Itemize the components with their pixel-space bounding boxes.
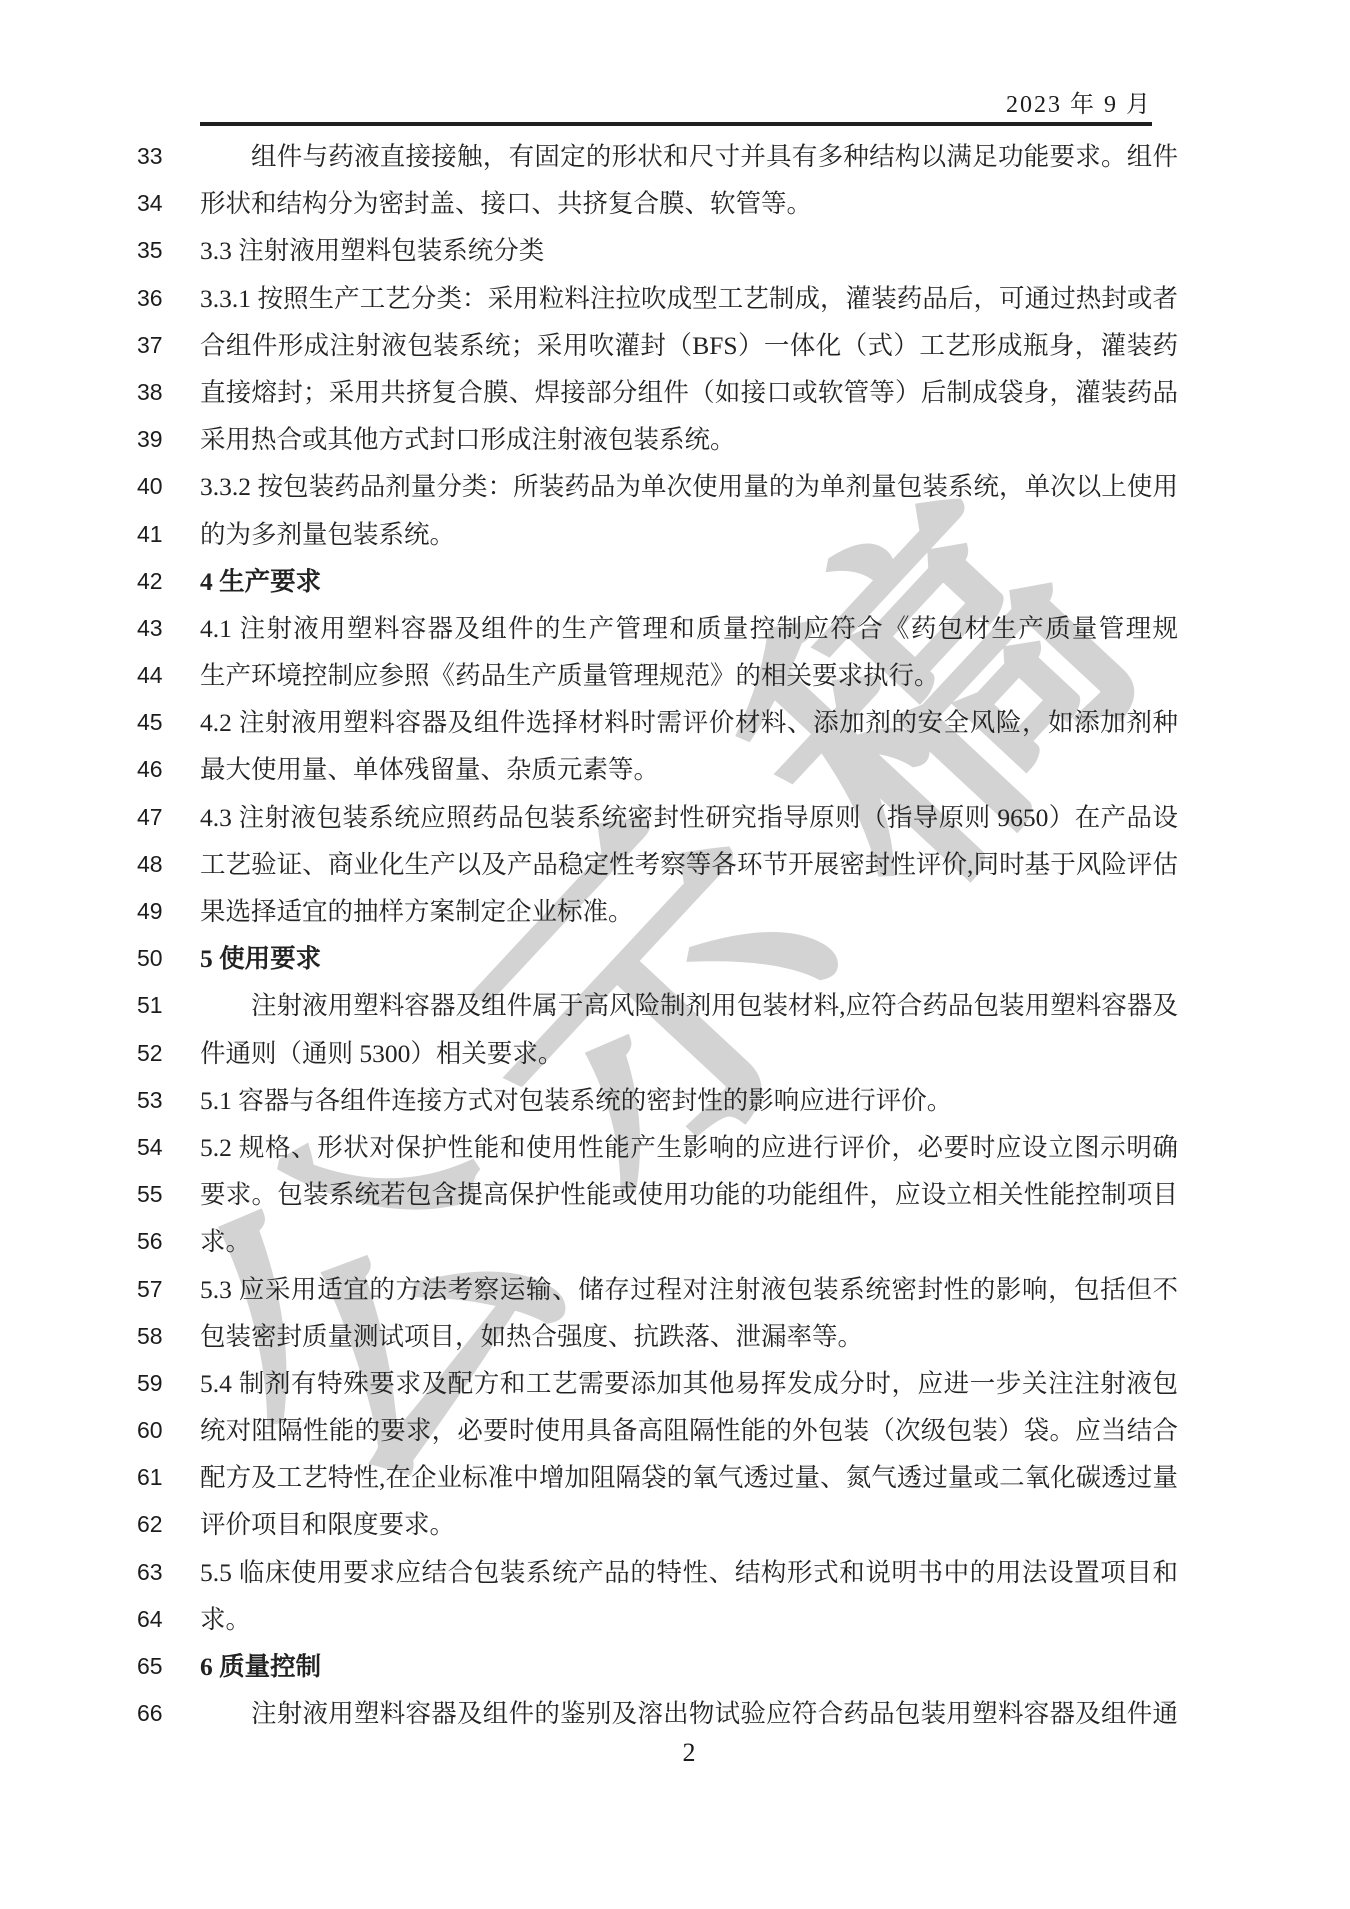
document-line: 36 3.3.1 按照生产工艺分类：采用粒料注拉吹成型工艺制成，灌装药品后，可通… — [0, 275, 1350, 322]
line-text: 包装密封质量测试项目，如热合强度、抗跌落、泄漏率等。 — [200, 1313, 1178, 1360]
line-text: 6 质量控制 — [200, 1643, 1178, 1690]
document-line: 33 组件与药液直接接触，有固定的形状和尺寸并具有多种结构以满足功能要求。组件按… — [0, 133, 1350, 180]
page-number: 2 — [200, 1738, 1178, 1768]
line-number: 35 — [137, 227, 182, 274]
header-rule — [200, 122, 1152, 126]
document-line: 60 统对阻隔性能的要求，必要时使用具备高阻隔性能的外包装（次级包装）袋。应当结… — [0, 1407, 1350, 1454]
line-text: 5.4 制剂有特殊要求及配方和工艺需要添加其他易挥发成分时，应进一步关注注射液包… — [200, 1360, 1178, 1407]
document-line: 59 5.4 制剂有特殊要求及配方和工艺需要添加其他易挥发成分时，应进一步关注注… — [0, 1360, 1350, 1407]
line-text: 形状和结构分为密封盖、接口、共挤复合膜、软管等。 — [200, 180, 1178, 227]
line-number: 44 — [137, 652, 182, 699]
line-number: 66 — [137, 1690, 182, 1737]
line-number: 47 — [137, 794, 182, 841]
document-line: 61 配方及工艺特性,在企业标准中增加阻隔袋的氧气透过量、氮气透过量或二氧化碳透… — [0, 1454, 1350, 1501]
line-text: 3.3.1 按照生产工艺分类：采用粒料注拉吹成型工艺制成，灌装药品后，可通过热封… — [200, 275, 1178, 322]
line-text: 要求。包装系统若包含提高保护性能或使用功能的功能组件，应设立相关性能控制项目和要 — [200, 1171, 1178, 1218]
line-text: 评价项目和限度要求。 — [200, 1501, 1178, 1548]
document-line: 63 5.5 临床使用要求应结合包装系统产品的特性、结构形式和说明书中的用法设置… — [0, 1549, 1350, 1596]
line-number: 57 — [137, 1266, 182, 1313]
line-text: 5.1 容器与各组件连接方式对包装系统的密封性的影响应进行评价。 — [200, 1077, 1178, 1124]
line-text: 生产环境控制应参照《药品生产质量管理规范》的相关要求执行。 — [200, 652, 1178, 699]
document-line: 41 的为多剂量包装系统。 — [0, 511, 1350, 558]
line-number: 39 — [137, 416, 182, 463]
document-line: 38 直接熔封；采用共挤复合膜、焊接部分组件（如接口或软管等）后制成袋身，灌装药… — [0, 369, 1350, 416]
document-line: 37 合组件形成注射液包装系统；采用吹灌封（BFS）一体化（式）工艺形成瓶身，灌… — [0, 322, 1350, 369]
document-line: 53 5.1 容器与各组件连接方式对包装系统的密封性的影响应进行评价。 — [0, 1077, 1350, 1124]
document-line: 54 5.2 规格、形状对保护性能和使用性能产生影响的应进行评价，必要时应设立图… — [0, 1124, 1350, 1171]
line-number: 50 — [137, 935, 182, 982]
document-line: 45 4.2 注射液用塑料容器及组件选择材料时需评价材料、添加剂的安全风险，如添… — [0, 699, 1350, 746]
line-text: 合组件形成注射液包装系统；采用吹灌封（BFS）一体化（式）工艺形成瓶身，灌装药品… — [200, 322, 1178, 369]
document-line: 58 包装密封质量测试项目，如热合强度、抗跌落、泄漏率等。 — [0, 1313, 1350, 1360]
document-line: 56 求。 — [0, 1218, 1350, 1265]
line-number: 64 — [137, 1596, 182, 1643]
line-number: 43 — [137, 605, 182, 652]
document-line: 46 最大使用量、单体残留量、杂质元素等。 — [0, 746, 1350, 793]
line-text: 组件与药液直接接触，有固定的形状和尺寸并具有多种结构以满足功能要求。组件按照 — [200, 133, 1178, 180]
line-text: 直接熔封；采用共挤复合膜、焊接部分组件（如接口或软管等）后制成袋身，灌装药品后， — [200, 369, 1178, 416]
document-line: 52 件通则（通则 5300）相关要求。 — [0, 1030, 1350, 1077]
line-number: 62 — [137, 1501, 182, 1548]
line-number: 53 — [137, 1077, 182, 1124]
header-date: 2023 年 9 月 — [200, 84, 1152, 119]
document-line: 48 工艺验证、商业化生产以及产品稳定性考察等各环节开展密封性评价,同时基于风险… — [0, 841, 1350, 888]
line-number: 34 — [137, 180, 182, 227]
document-line: 47 4.3 注射液包装系统应照药品包装系统密封性研究指导原则（指导原则 965… — [0, 794, 1350, 841]
line-number: 41 — [137, 511, 182, 558]
document-line: 62 评价项目和限度要求。 — [0, 1501, 1350, 1548]
line-text: 4.2 注射液用塑料容器及组件选择材料时需评价材料、添加剂的安全风险，如添加剂种… — [200, 699, 1178, 746]
document-line: 42 4 生产要求 — [0, 558, 1350, 605]
line-number: 65 — [137, 1643, 182, 1690]
line-number: 45 — [137, 699, 182, 746]
line-text: 注射液用塑料容器及组件的鉴别及溶出物试验应符合药品包装用塑料容器及组件通则 — [200, 1690, 1178, 1737]
line-text: 4 生产要求 — [200, 558, 1178, 605]
line-text: 的为多剂量包装系统。 — [200, 511, 1178, 558]
line-text: 配方及工艺特性,在企业标准中增加阻隔袋的氧气透过量、氮气透过量或二氧化碳透过量等 — [200, 1454, 1178, 1501]
line-number: 40 — [137, 463, 182, 510]
line-text: 4.3 注射液包装系统应照药品包装系统密封性研究指导原则（指导原则 9650）在… — [200, 794, 1178, 841]
line-number: 38 — [137, 369, 182, 416]
line-text: 3.3.2 按包装药品剂量分类：所装药品为单次使用量的为单剂量包装系统，单次以上… — [200, 463, 1178, 510]
document-line: 66 注射液用塑料容器及组件的鉴别及溶出物试验应符合药品包装用塑料容器及组件通则 — [0, 1690, 1350, 1737]
line-text: 工艺验证、商业化生产以及产品稳定性考察等各环节开展密封性评价,同时基于风险评估结 — [200, 841, 1178, 888]
document-line: 39 采用热合或其他方式封口形成注射液包装系统。 — [0, 416, 1350, 463]
document-line: 43 4.1 注射液用塑料容器及组件的生产管理和质量控制应符合《药包材生产质量管… — [0, 605, 1350, 652]
line-number: 58 — [137, 1313, 182, 1360]
line-text: 4.1 注射液用塑料容器及组件的生产管理和质量控制应符合《药包材生产质量管理规范… — [200, 605, 1178, 652]
line-number: 37 — [137, 322, 182, 369]
document-line: 50 5 使用要求 — [0, 935, 1350, 982]
document-line: 35 3.3 注射液用塑料包装系统分类 — [0, 227, 1350, 274]
line-text: 5.3 应采用适宜的方法考察运输、储存过程对注射液包装系统密封性的影响，包括但不… — [200, 1266, 1178, 1313]
line-text: 件通则（通则 5300）相关要求。 — [200, 1030, 1178, 1077]
document-body: 33 组件与药液直接接触，有固定的形状和尺寸并具有多种结构以满足功能要求。组件按… — [0, 133, 1350, 1737]
line-text: 最大使用量、单体残留量、杂质元素等。 — [200, 746, 1178, 793]
line-text: 3.3 注射液用塑料包装系统分类 — [200, 227, 1178, 274]
line-number: 49 — [137, 888, 182, 935]
line-text: 5.5 临床使用要求应结合包装系统产品的特性、结构形式和说明书中的用法设置项目和… — [200, 1549, 1178, 1596]
line-text: 求。 — [200, 1596, 1178, 1643]
line-text: 果选择适宜的抽样方案制定企业标准。 — [200, 888, 1178, 935]
line-number: 48 — [137, 841, 182, 888]
line-number: 36 — [137, 275, 182, 322]
document-page: 公示稿 2023 年 9 月 33 组件与药液直接接触，有固定的形状和尺寸并具有… — [0, 0, 1350, 1909]
line-text: 5.2 规格、形状对保护性能和使用性能产生影响的应进行评价，必要时应设立图示明确… — [200, 1124, 1178, 1171]
line-number: 33 — [137, 133, 182, 180]
line-number: 51 — [137, 982, 182, 1029]
line-number: 60 — [137, 1407, 182, 1454]
line-number: 63 — [137, 1549, 182, 1596]
document-line: 34 形状和结构分为密封盖、接口、共挤复合膜、软管等。 — [0, 180, 1350, 227]
line-number: 42 — [137, 558, 182, 605]
document-line: 51 注射液用塑料容器及组件属于高风险制剂用包装材料,应符合药品包装用塑料容器及… — [0, 982, 1350, 1029]
document-line: 64 求。 — [0, 1596, 1350, 1643]
document-line: 57 5.3 应采用适宜的方法考察运输、储存过程对注射液包装系统密封性的影响，包… — [0, 1266, 1350, 1313]
line-number: 59 — [137, 1360, 182, 1407]
line-number: 56 — [137, 1218, 182, 1265]
line-text: 5 使用要求 — [200, 935, 1178, 982]
document-line: 40 3.3.2 按包装药品剂量分类：所装药品为单次使用量的为单剂量包装系统，单… — [0, 463, 1350, 510]
line-text: 注射液用塑料容器及组件属于高风险制剂用包装材料,应符合药品包装用塑料容器及组 — [200, 982, 1178, 1029]
document-line: 55 要求。包装系统若包含提高保护性能或使用功能的功能组件，应设立相关性能控制项… — [0, 1171, 1350, 1218]
line-text: 采用热合或其他方式封口形成注射液包装系统。 — [200, 416, 1178, 463]
line-text: 求。 — [200, 1218, 1178, 1265]
line-number: 54 — [137, 1124, 182, 1171]
line-number: 55 — [137, 1171, 182, 1218]
document-line: 44 生产环境控制应参照《药品生产质量管理规范》的相关要求执行。 — [0, 652, 1350, 699]
line-number: 46 — [137, 746, 182, 793]
line-text: 统对阻隔性能的要求，必要时使用具备高阻隔性能的外包装（次级包装）袋。应当结合制剂 — [200, 1407, 1178, 1454]
line-number: 52 — [137, 1030, 182, 1077]
document-line: 49 果选择适宜的抽样方案制定企业标准。 — [0, 888, 1350, 935]
document-line: 65 6 质量控制 — [0, 1643, 1350, 1690]
line-number: 61 — [137, 1454, 182, 1501]
